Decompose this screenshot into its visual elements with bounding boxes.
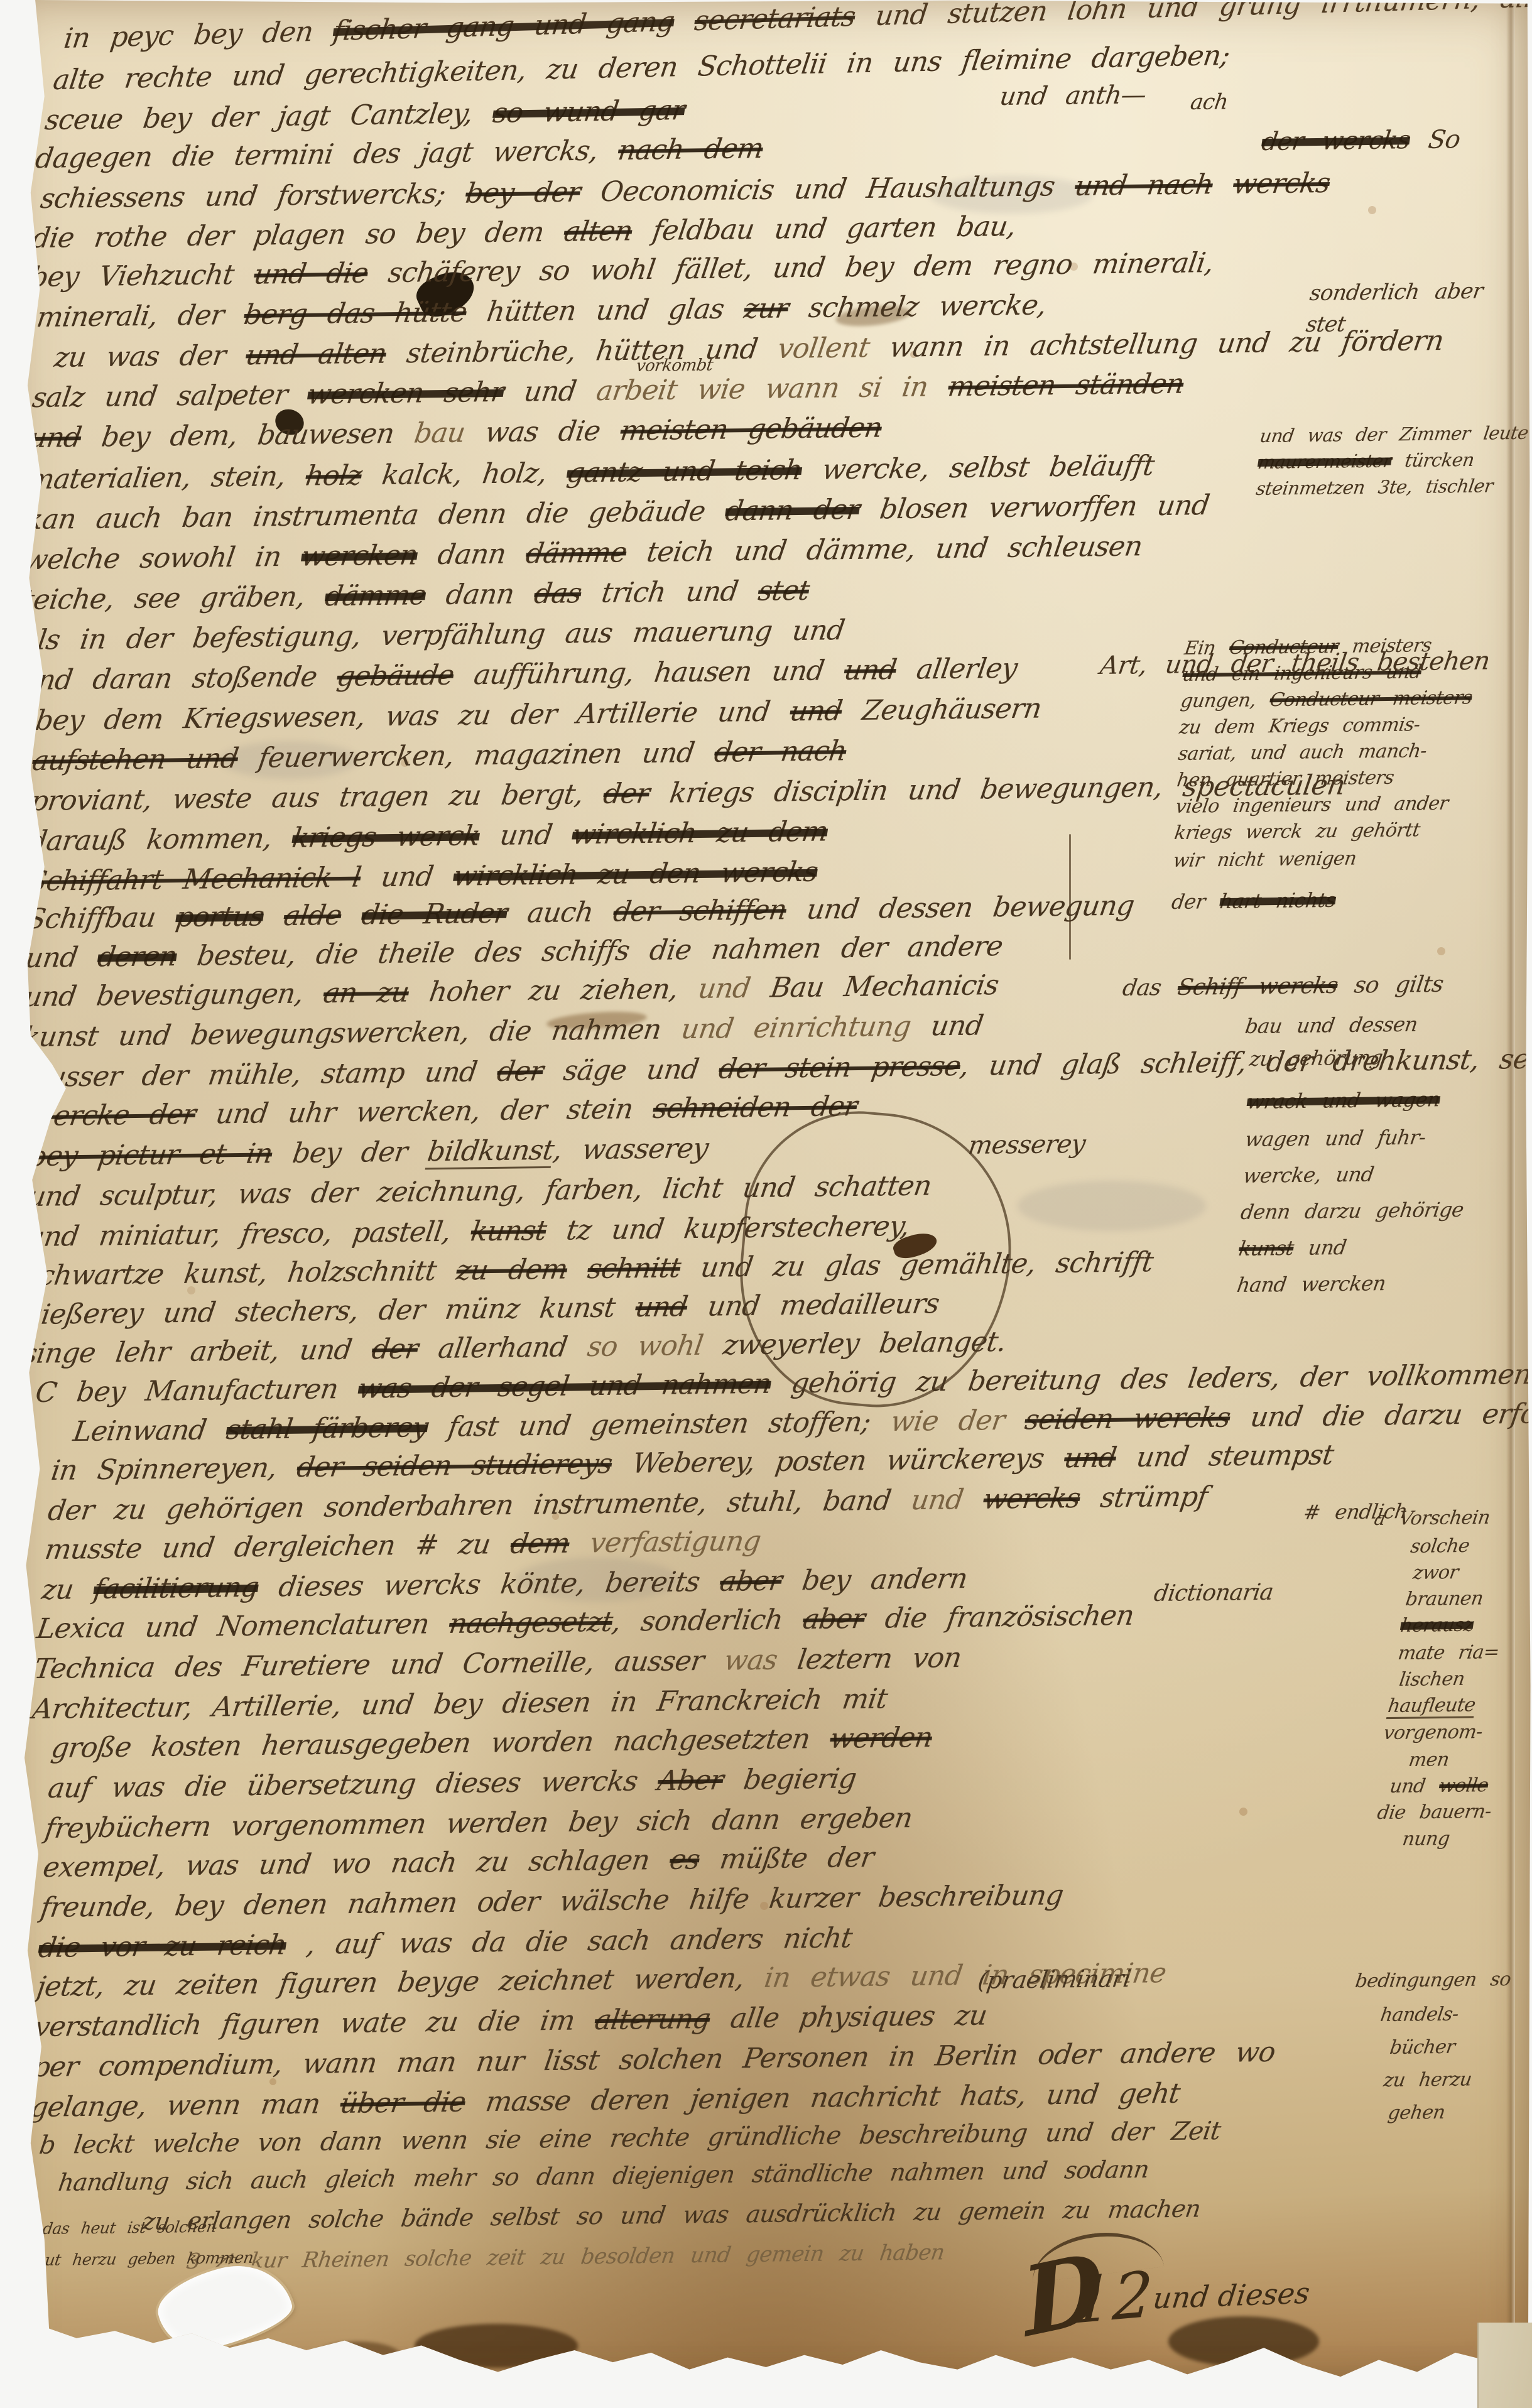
scorch-stain [415,2324,578,2368]
foxing-spots [0,0,6,6]
scanned-manuscript-page: { "palette":{"background":"#f6f6f4","pap… [0,0,1532,2408]
folio-tail-text: und dieses [1151,2276,1312,2316]
scorch-stain [1168,2316,1319,2367]
folio-mark: D 12 und dieses [0,0,1532,2408]
scan-background: in peyc bey den fischer gang und gang se… [0,0,1532,2408]
paper-sheet: in peyc bey den fischer gang und gang se… [0,0,1532,2408]
scorch-stain [314,2341,402,2373]
binding-strip [1477,2323,1532,2408]
